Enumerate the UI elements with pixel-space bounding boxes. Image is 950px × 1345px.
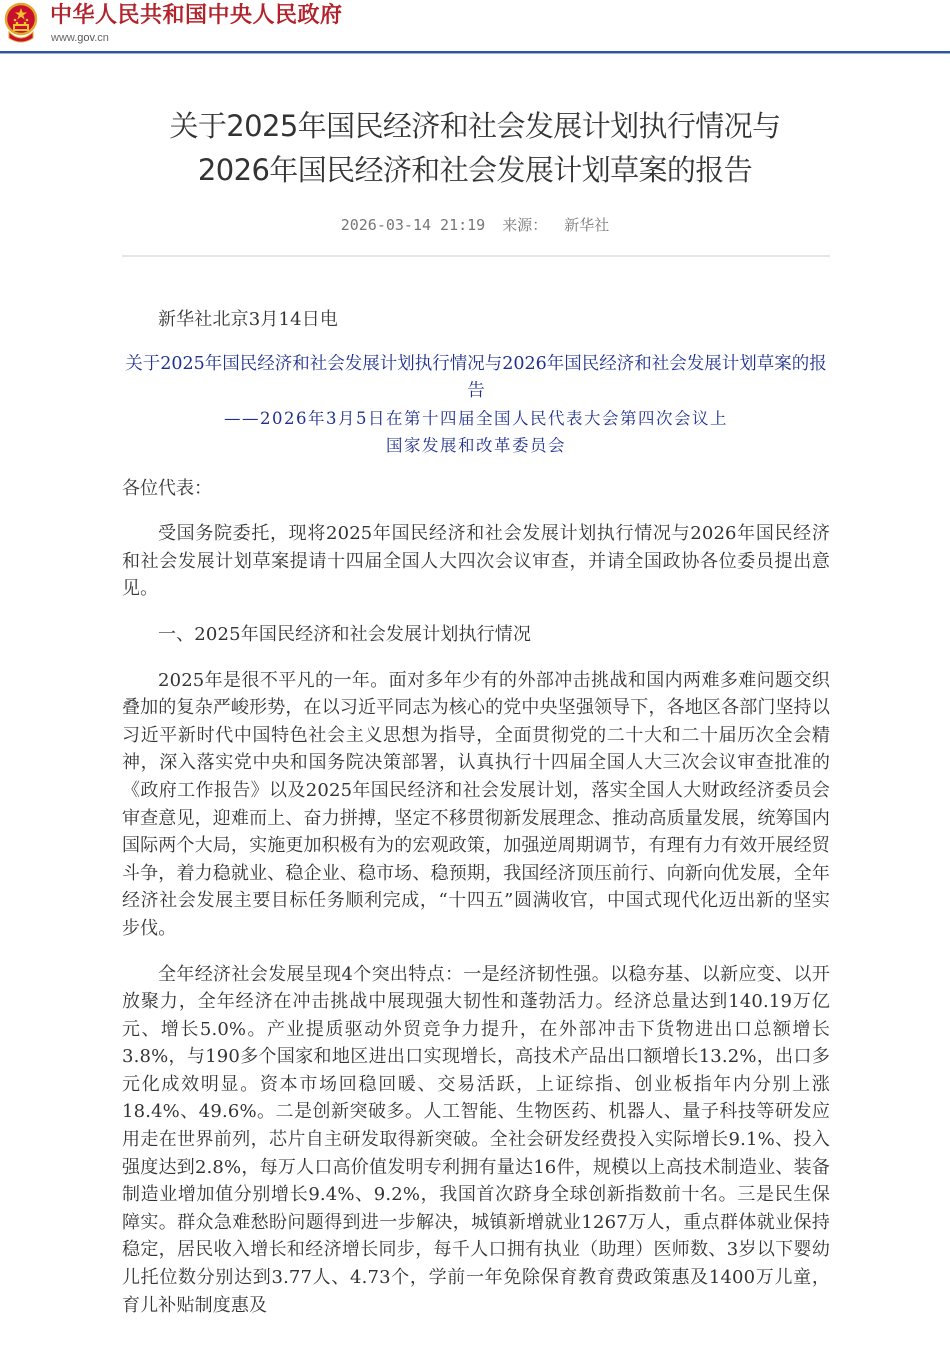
site-url-suffix: .cn — [94, 32, 109, 44]
spacer — [122, 603, 830, 621]
report-title: 关于2025年国民经济和社会发展计划执行情况与2026年国民经济和社会发展计划草… — [122, 351, 830, 405]
site-url-domain: gov — [77, 32, 94, 44]
site-name[interactable]: 中华人民共和国中央人民政府 — [50, 2, 343, 30]
salutation: 各位代表： — [122, 475, 830, 503]
source-name: 新华社 — [564, 216, 609, 234]
article-title: 关于2025年国民经济和社会发展计划执行情况与 2026年国民经济和社会发展计划… — [110, 104, 840, 192]
section-heading: 一、2025年国民经济和社会发展计划执行情况 — [122, 621, 830, 649]
article-title-line-2: 2026年国民经济和社会发展计划草案的报告 — [110, 148, 840, 192]
source-label: 来源： — [502, 216, 547, 234]
report-occasion: ——2026年3月5日在第十四届全国人民代表大会第四次会议上 — [122, 405, 830, 432]
report-author: 国家发展和改革委员会 — [122, 432, 830, 459]
site-url[interactable]: www.gov.cn — [51, 31, 109, 45]
national-emblem-icon[interactable] — [3, 2, 39, 44]
dateline: 新华社北京3月14日电 — [122, 306, 830, 334]
paragraph: 受国务院委托，现将2025年国民经济和社会发展计划执行情况与2026年国民经济和… — [122, 520, 830, 603]
meta-divider — [122, 255, 830, 257]
site-header: 中华人民共和国中央人民政府 www.gov.cn — [0, 0, 950, 52]
article-meta: 2026-03-14 21:19 来源： 新华社 — [110, 214, 840, 236]
publish-date: 2026-03-14 21:19 — [341, 216, 486, 234]
paragraph: 2025年是很不平凡的一年。面对多年少有的外部冲击挑战和国内两难多难问题交织叠加… — [122, 667, 830, 943]
spacer — [122, 502, 830, 520]
article-body: 新华社北京3月14日电 关于2025年国民经济和社会发展计划执行情况与2026年… — [122, 306, 830, 1319]
spacer — [122, 943, 830, 961]
article-title-line-1: 关于2025年国民经济和社会发展计划执行情况与 — [110, 104, 840, 148]
header-divider — [0, 51, 950, 54]
site-url-prefix: www. — [51, 32, 77, 44]
paragraph: 全年经济社会发展呈现4个突出特点：一是经济韧性强。以稳夯基、以新应变、以开放聚力… — [122, 961, 830, 1320]
spacer — [122, 649, 830, 667]
